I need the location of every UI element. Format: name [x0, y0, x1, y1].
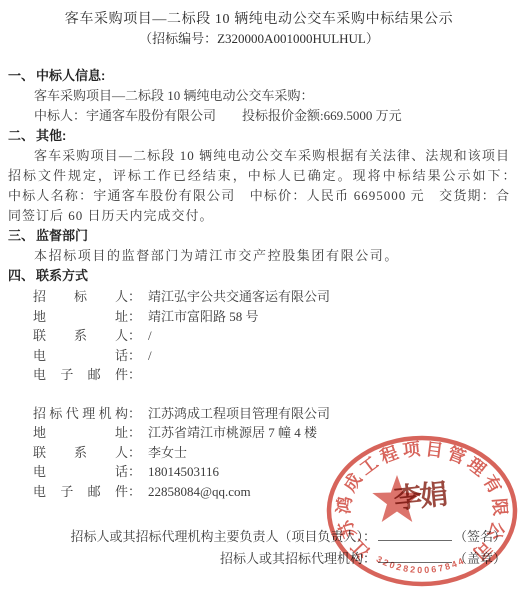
label-colon: ： — [128, 365, 141, 385]
contact-value: 22858084@qq.com — [148, 484, 251, 499]
contact-label: 电话 — [33, 346, 128, 366]
signature-block: 招标人或其招标代理机构主要负责人（项目负责人）：（签名） 招标人或其招标代理机构… — [8, 526, 510, 570]
signature-line-2: 招标人或其招标代理机构：（盖章） — [8, 548, 506, 570]
spacer — [8, 385, 510, 403]
announcement-document: 客车采购项目—二标段 10 辆纯电动公交车采购中标结果公示 （招标编号：Z320… — [0, 0, 525, 570]
section-2-number: 二、 — [8, 126, 36, 146]
contact-label: 招标人 — [33, 287, 128, 307]
contact-label: 地址 — [33, 307, 128, 327]
contact-row-phone: 电话：/ — [8, 346, 510, 366]
contact-label: 地址 — [33, 423, 128, 443]
label-colon: ： — [128, 482, 141, 502]
label-colon: ： — [128, 346, 141, 366]
signature-line-2-suffix: （盖章） — [454, 551, 506, 566]
signature-line-1-label: 招标人或其招标代理机构主要负责人（项目负责人）： — [70, 529, 376, 544]
label-colon: ： — [128, 307, 141, 327]
section-3-number: 三、 — [8, 226, 36, 246]
section-1-title: 中标人信息: — [36, 68, 105, 83]
label-colon: ： — [128, 287, 141, 307]
contact-row-person: 联系人：李女士 — [8, 443, 510, 463]
signature-line-1-suffix: （签名） — [454, 529, 506, 544]
contact-value: 18014503116 — [148, 464, 219, 479]
contact-row-agency: 招标代理机构：江苏鸿成工程项目管理有限公司 — [8, 404, 510, 424]
section-3-heading: 三、监督部门 — [8, 226, 510, 246]
tenderer-contact-block: 招标人：靖江弘宇公共交通客运有限公司 地址：靖江市富阳路 58 号 联系人：/ … — [8, 287, 510, 385]
bid-number: （招标编号：Z320000A001000HULHUL） — [8, 30, 510, 48]
handwritten-signature: 李娟 — [393, 480, 448, 515]
section-3-title: 监督部门 — [36, 228, 88, 243]
label-colon: ： — [128, 326, 141, 346]
contact-row-person: 联系人：/ — [8, 326, 510, 346]
contact-label: 联系人 — [33, 326, 128, 346]
contact-label: 电子邮件 — [33, 482, 128, 502]
section-4-heading: 四、联系方式 — [8, 266, 510, 286]
contact-value: 靖江弘宇公共交通客运有限公司 — [148, 289, 330, 304]
contact-row-address: 地址：靖江市富阳路 58 号 — [8, 307, 510, 327]
section-2-heading: 二、其他: — [8, 126, 510, 146]
contact-value: 靖江市富阳路 58 号 — [148, 309, 259, 324]
signature-line-1: 招标人或其招标代理机构主要负责人（项目负责人）：（签名） — [8, 526, 506, 548]
signature-line-2-label: 招标人或其招标代理机构： — [220, 551, 376, 566]
label-colon: ： — [128, 443, 141, 463]
stamp-blank-line — [378, 548, 452, 563]
contact-value: 江苏省靖江市桃源居 7 幢 4 楼 — [148, 425, 317, 440]
contact-row-tenderer: 招标人：靖江弘宇公共交通客运有限公司 — [8, 287, 510, 307]
contact-value: 李女士 — [148, 445, 187, 460]
section-1-heading: 一、中标人信息: — [8, 66, 510, 86]
contact-label: 招标代理机构 — [33, 404, 128, 424]
section-1-line-winner: 中标人：宇通客车股份有限公司 投标报价金额:669.5000 万元 — [8, 106, 510, 126]
label-colon: ： — [128, 423, 141, 443]
section-1-line-project: 客车采购项目—二标段 10 辆纯电动公交车采购： — [8, 86, 510, 106]
document-title: 客车采购项目—二标段 10 辆纯电动公交车采购中标结果公示 — [8, 10, 510, 30]
section-4-title: 联系方式 — [36, 268, 88, 283]
contact-label: 电子邮件 — [33, 365, 128, 385]
contact-value: / — [148, 328, 152, 343]
contact-value: 江苏鸿成工程项目管理有限公司 — [148, 406, 330, 421]
contact-label: 联系人 — [33, 443, 128, 463]
contact-row-phone: 电话：18014503116 — [8, 462, 510, 482]
contact-row-email: 电子邮件： — [8, 365, 510, 385]
section-3-body: 本招标项目的监督部门为靖江市交产控股集团有限公司。 — [8, 246, 510, 266]
section-1-number: 一、 — [8, 66, 36, 86]
section-4-number: 四、 — [8, 266, 36, 286]
section-2-paragraph: 客车采购项目—二标段 10 辆纯电动公交车采购根据有关法律、法规和该项目招标文件… — [8, 146, 510, 226]
label-colon: ： — [128, 462, 141, 482]
contact-label: 电话 — [33, 462, 128, 482]
contact-row-address: 地址：江苏省靖江市桃源居 7 幢 4 楼 — [8, 423, 510, 443]
label-colon: ： — [128, 404, 141, 424]
signature-blank-line — [378, 526, 452, 541]
section-2-title: 其他: — [36, 128, 66, 143]
contact-value: / — [148, 348, 152, 363]
